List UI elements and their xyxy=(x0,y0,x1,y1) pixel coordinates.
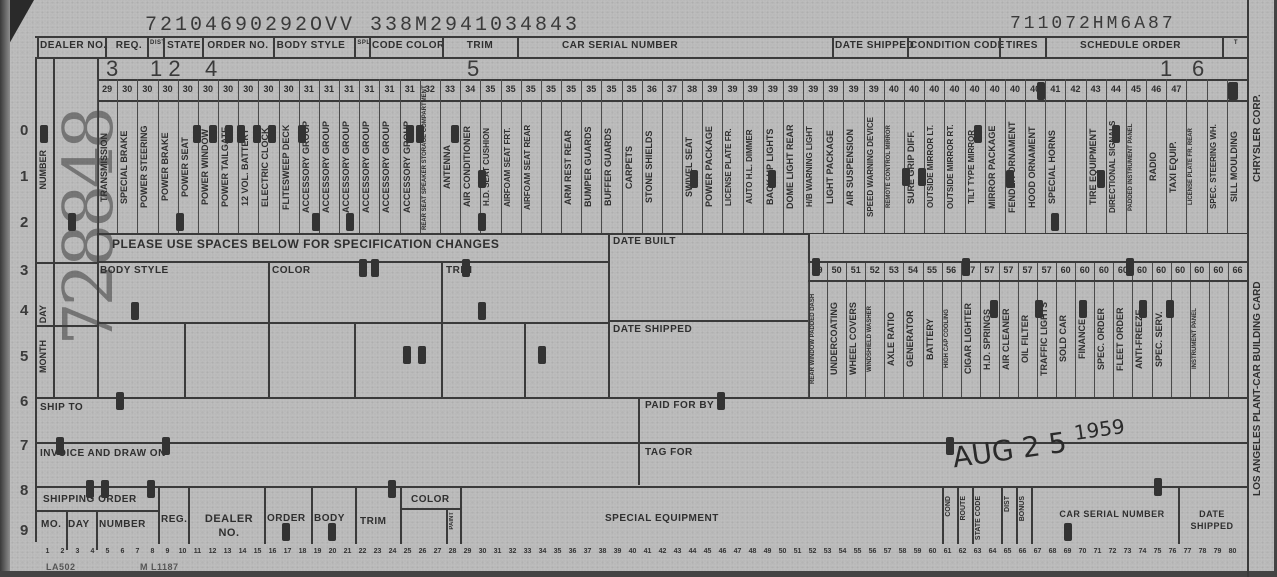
column-divider xyxy=(541,79,542,233)
column-divider xyxy=(440,79,441,233)
column-divider xyxy=(561,79,562,233)
equipment-column-label: AIR CONDITIONER xyxy=(462,104,479,230)
punch-hole xyxy=(56,437,64,455)
punch-hole xyxy=(40,125,48,143)
punch-hole xyxy=(328,523,336,541)
equipment-column-label: ACCESSORY GROUP xyxy=(321,104,338,230)
equipment-column-label: OUTSIDE MIRROR LT. xyxy=(926,104,943,230)
frame-line xyxy=(188,486,190,544)
bottom-column-number: 70 xyxy=(1075,548,1090,555)
bottom-column-number: 64 xyxy=(985,548,1000,555)
bottom-column-number: 61 xyxy=(940,548,955,555)
dealer-no-label: DEALER NO. xyxy=(198,512,260,540)
mid-equipment-label: SPEC. ORDER xyxy=(1096,284,1112,394)
column-number: 39 xyxy=(743,84,763,94)
column-number: 30 xyxy=(198,84,218,94)
frame-line xyxy=(35,57,37,542)
bottom-column-number: 7 xyxy=(130,548,145,555)
divider xyxy=(808,233,1248,234)
column-divider xyxy=(682,79,683,233)
bottom-column-number: 72 xyxy=(1105,548,1120,555)
dist-label: DIST xyxy=(1004,496,1011,512)
column-number: 43 xyxy=(1086,84,1106,94)
punch-hole xyxy=(1006,170,1014,188)
equipment-column-label: TILT TYPE MIRROR xyxy=(967,104,984,230)
column-number: 60 xyxy=(1132,265,1151,275)
frame-line xyxy=(354,36,356,57)
punch-hole xyxy=(717,392,725,410)
mid-equipment-label xyxy=(1211,284,1227,394)
equipment-column-label: OUTSIDE MIRROR RT. xyxy=(946,104,963,230)
bottom-column-number: 65 xyxy=(1000,548,1015,555)
column-number: 60 xyxy=(1209,265,1228,275)
column-number: 35 xyxy=(480,84,500,94)
equipment-column-label: REMOTE CONTROL MIRROR xyxy=(886,104,903,230)
punch-hole xyxy=(68,213,76,231)
mid-equipment-label: INSTRUMENT PANEL xyxy=(1192,284,1208,394)
header-field-label: ORDER NO. xyxy=(205,40,271,51)
card-left-edge xyxy=(0,0,10,577)
column-number: 57 xyxy=(1018,265,1037,275)
bottom-column-number: 45 xyxy=(700,548,715,555)
bottom-column-number: 69 xyxy=(1060,548,1075,555)
column-divider xyxy=(420,79,421,233)
frame-line xyxy=(96,510,98,550)
punch-hole xyxy=(162,437,170,455)
row-number: 0 xyxy=(20,122,28,139)
frame-line xyxy=(1045,36,1047,57)
column-number: 36 xyxy=(642,84,662,94)
header-field-label: SCHEDULE ORDER xyxy=(1048,40,1213,51)
divider xyxy=(400,508,460,510)
punch-hole xyxy=(1037,82,1045,100)
bonus-label: BONUS xyxy=(1019,496,1026,521)
equipment-column-label xyxy=(1067,104,1084,230)
equipment-column-label: BACK UP LIGHTS xyxy=(765,104,782,230)
equipment-column-label: ANTENNA xyxy=(442,104,459,230)
bottom-column-number: 11 xyxy=(190,548,205,555)
route-label: ROUTE xyxy=(960,496,967,521)
bottom-column-number: 63 xyxy=(970,548,985,555)
column-number: 30 xyxy=(158,84,178,94)
punch-hole xyxy=(209,125,217,143)
equipment-column-label: H.D. SEAT CUSHION xyxy=(482,104,499,230)
row-number: 5 xyxy=(20,348,28,365)
card-bottom-edge xyxy=(0,571,1277,577)
tag-for-label: TAG FOR xyxy=(645,447,693,458)
column-number: 54 xyxy=(903,265,922,275)
column-number: 47 xyxy=(1166,84,1186,94)
equipment-column-label: ACCESSORY GROUP xyxy=(341,104,358,230)
punch-hole xyxy=(418,346,426,364)
punch-hole xyxy=(902,168,910,186)
column-divider xyxy=(783,79,784,233)
column-divider xyxy=(339,79,340,233)
car-serial-bottom-label: CAR SERIAL NUMBER xyxy=(1052,508,1172,520)
equipment-column-label: SWIVEL SEAT xyxy=(684,104,701,230)
bottom-column-number: 32 xyxy=(505,548,520,555)
bottom-column-number: 33 xyxy=(520,548,535,555)
bottom-column-number: 54 xyxy=(835,548,850,555)
bottom-column-number: 77 xyxy=(1180,548,1195,555)
frame-line xyxy=(400,486,402,544)
frame-line xyxy=(355,486,357,544)
column-divider xyxy=(1227,79,1228,233)
bottom-column-number: 35 xyxy=(550,548,565,555)
punch-hole xyxy=(1079,300,1087,318)
punch-hole xyxy=(193,125,201,143)
equipment-column-label: POWER WINDOW xyxy=(200,104,217,230)
body-style-label: BODY STYLE xyxy=(100,265,169,276)
header-field-label: REQ. xyxy=(108,40,150,51)
trim-bottom-label: TRIM xyxy=(360,516,386,527)
mid-equipment-label: OIL FILTER xyxy=(1020,284,1036,394)
bottom-column-number: 22 xyxy=(355,548,370,555)
bottom-column-number: 57 xyxy=(880,548,895,555)
punch-hole xyxy=(1035,300,1043,318)
punch-hole xyxy=(268,125,276,143)
divider xyxy=(97,233,808,235)
bottom-column-number: 62 xyxy=(955,548,970,555)
equipment-column-label: ACCESSORY GROUP xyxy=(402,104,419,230)
column-divider xyxy=(884,79,885,233)
ship-to-label: SHIP TO xyxy=(40,402,83,413)
column-number: 31 xyxy=(379,84,399,94)
column-number: 60 xyxy=(1056,265,1075,275)
state-code-label: STATE CODE xyxy=(975,496,995,540)
column-number: 35 xyxy=(541,84,561,94)
equipment-column-label: ELECTRIC CLOCK xyxy=(260,104,277,230)
equipment-column-label: SPEC. STEERING WH. xyxy=(1209,104,1226,230)
column-number: 57 xyxy=(1037,265,1056,275)
frame-line xyxy=(441,261,443,398)
bottom-column-number: 53 xyxy=(820,548,835,555)
mid-equipment-label: FLEET ORDER xyxy=(1115,284,1131,394)
column-number: 42 xyxy=(1065,84,1085,94)
frame-line xyxy=(517,36,519,57)
equipment-column-label: LIGHT PACKAGE xyxy=(825,104,842,230)
equipment-column-label: BUFFER GUARDS xyxy=(603,104,620,230)
date-shipped-bottom-label: DATE SHIPPED xyxy=(1180,508,1244,532)
bottom-column-number: 60 xyxy=(925,548,940,555)
bottom-column-number: 13 xyxy=(220,548,235,555)
column-number: 39 xyxy=(843,84,863,94)
punch-hole xyxy=(451,125,459,143)
bottom-column-number: 3 xyxy=(70,548,85,555)
date-stamp: AUG 2 5 1959 xyxy=(950,414,1128,474)
bottom-column-number: 19 xyxy=(310,548,325,555)
equipment-column-label: MIRROR PACKAGE xyxy=(987,104,1004,230)
header-field-label: TRIM xyxy=(445,40,515,51)
frame-line xyxy=(1016,486,1018,544)
mid-equipment-label xyxy=(1230,284,1246,394)
bottom-column-number: 25 xyxy=(400,548,415,555)
column-number: 39 xyxy=(823,84,843,94)
frame-line xyxy=(442,36,444,57)
date-shipped-label: DATE SHIPPED xyxy=(613,324,692,335)
punch-hole xyxy=(1228,82,1238,100)
column-number: 53 xyxy=(884,265,903,275)
frame-line xyxy=(37,36,39,57)
column-number: 50 xyxy=(827,265,846,275)
column-divider xyxy=(904,79,905,233)
equipment-column-label: POWER TAILGATE xyxy=(220,104,237,230)
column-number: 57 xyxy=(999,265,1018,275)
column-number: 35 xyxy=(561,84,581,94)
column-number: 35 xyxy=(601,84,621,94)
bottom-column-number: 29 xyxy=(460,548,475,555)
column-number: 40 xyxy=(924,84,944,94)
bottom-column-number: 27 xyxy=(430,548,445,555)
column-divider xyxy=(622,79,623,233)
equipment-column-label: SURE GRIP DIFF. xyxy=(906,104,923,230)
column-number: 30 xyxy=(258,84,278,94)
column-number: 30 xyxy=(238,84,258,94)
column-divider xyxy=(985,79,986,233)
typed-top-right: 711072HM6A87 xyxy=(1010,14,1176,34)
column-number: 38 xyxy=(682,84,702,94)
punch-hole xyxy=(253,125,261,143)
equipment-column-label: ACCESSORY GROUP xyxy=(301,104,318,230)
bottom-column-number: 36 xyxy=(565,548,580,555)
header-field-label: TIRES xyxy=(1002,40,1042,51)
bottom-column-number: 47 xyxy=(730,548,745,555)
bottom-column-number: 20 xyxy=(325,548,340,555)
divider xyxy=(608,320,808,322)
paint-label: PAINT xyxy=(449,512,455,530)
side-label-corp: CHRYSLER CORP. xyxy=(1252,94,1263,182)
column-number: 60 xyxy=(1190,265,1209,275)
punch-hole xyxy=(478,213,486,231)
equipment-column-label: DOME LIGHT REAR xyxy=(785,104,802,230)
stamp-year: 1959 xyxy=(1072,414,1126,445)
column-divider xyxy=(521,79,522,233)
equipment-column-label: SPECIAL BRAKE xyxy=(119,104,136,230)
column-number: 33 xyxy=(440,84,460,94)
punch-hole xyxy=(388,480,396,498)
bottom-column-number: 71 xyxy=(1090,548,1105,555)
frame-line xyxy=(264,486,266,544)
equipment-column-label: TAXI EQUIP. xyxy=(1168,104,1185,230)
column-number: 40 xyxy=(904,84,924,94)
punch-hole xyxy=(406,125,414,143)
punch-hole xyxy=(1064,523,1072,541)
punch-hole xyxy=(1112,125,1120,143)
column-number: 39 xyxy=(763,84,783,94)
column-number: 46 xyxy=(1146,84,1166,94)
column-number: 56 xyxy=(942,265,961,275)
bottom-column-number: 40 xyxy=(625,548,640,555)
mid-equipment-label: UNDERCOATING xyxy=(829,284,845,394)
bottom-column-number: 68 xyxy=(1045,548,1060,555)
column-number: 35 xyxy=(622,84,642,94)
bottom-column-number: 28 xyxy=(445,548,460,555)
punch-hole xyxy=(1051,213,1059,231)
column-number: 60 xyxy=(1075,265,1094,275)
row-number: 2 xyxy=(20,214,28,231)
row-number: 3 xyxy=(20,262,28,279)
header-field-label: DEALER NO. xyxy=(40,40,102,51)
column-number: 55 xyxy=(923,265,942,275)
mid-equipment-label: WINDSHIELD WASHER xyxy=(867,284,883,394)
column-divider xyxy=(1005,79,1006,233)
punch-hole xyxy=(403,346,411,364)
punch-hole xyxy=(176,213,184,231)
bottom-typed-1: LA502 xyxy=(46,562,76,572)
frame-line xyxy=(942,486,944,544)
bottom-column-number: 66 xyxy=(1015,548,1030,555)
frame-line xyxy=(957,486,959,544)
punch-hole xyxy=(538,346,546,364)
punch-hole xyxy=(1139,300,1147,318)
bottom-column-number: 52 xyxy=(805,548,820,555)
bottom-column-number: 41 xyxy=(640,548,655,555)
punch-hole xyxy=(918,168,926,186)
bottom-column-number: 44 xyxy=(685,548,700,555)
bottom-column-number: 42 xyxy=(655,548,670,555)
mid-equipment-label: GENERATOR xyxy=(905,284,921,394)
punch-hole xyxy=(946,437,954,455)
stamp-date: AUG 2 5 xyxy=(950,426,1068,475)
column-number: 39 xyxy=(702,84,722,94)
frame-line xyxy=(999,36,1001,57)
header-field-label: BODY STYLE xyxy=(276,40,346,51)
divider xyxy=(35,397,1247,399)
row-number: 7 xyxy=(20,437,28,454)
equipment-column-label: POWER BRAKE xyxy=(160,104,177,230)
punch-hole xyxy=(962,258,970,276)
column-number: 34 xyxy=(460,84,480,94)
column-number: 41 xyxy=(1045,84,1065,94)
frame-line xyxy=(907,36,909,57)
mid-equipment-label xyxy=(1173,284,1189,394)
column-divider xyxy=(1126,79,1127,233)
bottom-column-number: 58 xyxy=(895,548,910,555)
column-number: 60 xyxy=(1171,265,1190,275)
bottom-column-number: 2 xyxy=(55,548,70,555)
punch-hole xyxy=(237,125,245,143)
column-number: 31 xyxy=(339,84,359,94)
day-label: DAY xyxy=(38,305,48,323)
frame-line xyxy=(1031,486,1033,544)
frame-line xyxy=(524,322,526,398)
column-divider xyxy=(158,79,159,233)
frame-line xyxy=(158,486,160,544)
equipment-column-label: BUMPER GUARDS xyxy=(583,104,600,230)
frame-line xyxy=(147,36,149,57)
column-number: 40 xyxy=(944,84,964,94)
punch-hole xyxy=(1154,478,1162,496)
equipment-column-label: HOOD ORNAMENT xyxy=(1027,104,1044,230)
bottom-column-number: 9 xyxy=(160,548,175,555)
punch-hole xyxy=(131,302,139,320)
bottom-column-number: 46 xyxy=(715,548,730,555)
column-number: 60 xyxy=(1094,265,1113,275)
punch-hole xyxy=(312,213,320,231)
mid-equipment-label: REAR WINDOW PADDED DASH xyxy=(810,284,826,394)
punch-hole xyxy=(282,523,290,541)
equipment-column-label: POWER STEERING xyxy=(139,104,156,230)
equipment-column-label: STONE SHIELDS xyxy=(644,104,661,230)
column-number: 30 xyxy=(218,84,238,94)
column-divider xyxy=(1146,79,1147,233)
equipment-column-label: PADDED INSTRUMENT PANEL xyxy=(1128,104,1145,230)
divider xyxy=(808,261,1248,263)
bottom-column-number: 80 xyxy=(1225,548,1240,555)
column-divider xyxy=(460,79,461,233)
bottom-column-number: 51 xyxy=(790,548,805,555)
mid-equipment-label: BATTERY xyxy=(925,284,941,394)
column-number: 44 xyxy=(1106,84,1126,94)
frame-line xyxy=(354,322,356,398)
column-divider xyxy=(299,79,300,233)
punch-hole xyxy=(416,125,424,143)
column-number: 29 xyxy=(97,84,117,94)
side-label-plant: LOS ANGELES PLANT-CAR BUILDING CARD xyxy=(1252,281,1263,496)
column-divider xyxy=(743,79,744,233)
bottom-column-number: 26 xyxy=(415,548,430,555)
bottom-column-number: 67 xyxy=(1030,548,1045,555)
frame-line xyxy=(184,322,186,398)
punch-hole xyxy=(478,302,486,320)
column-divider xyxy=(178,79,179,233)
header-field-label: DIST xyxy=(150,40,164,46)
column-divider xyxy=(1086,79,1087,233)
row-number: 6 xyxy=(20,393,28,410)
bottom-column-number: 16 xyxy=(265,548,280,555)
number-bottom-label: NUMBER xyxy=(99,519,146,530)
header-field-label: STATE xyxy=(166,40,202,51)
column-number: 39 xyxy=(722,84,742,94)
hand-mark: 4 xyxy=(205,56,217,82)
equipment-column-label: LICENSE PLATE FR. xyxy=(724,104,741,230)
column-divider xyxy=(803,79,804,233)
punch-hole xyxy=(86,480,94,498)
bottom-column-number: 8 xyxy=(145,548,160,555)
reg-label: REG. xyxy=(161,514,187,525)
punch-hole xyxy=(346,213,354,231)
color-label: COLOR xyxy=(272,265,311,276)
typed-top-left: 72104690292OVV 338M2941034843 xyxy=(145,14,580,37)
header-field-label: CONDITION CODE xyxy=(910,40,1002,51)
bottom-column-number: 34 xyxy=(535,548,550,555)
column-number: 31 xyxy=(299,84,319,94)
frame-line xyxy=(460,486,462,544)
column-divider xyxy=(97,79,98,233)
column-divider xyxy=(501,79,502,233)
color-bottom-label: COLOR xyxy=(411,494,450,505)
equipment-column-label: POWER PACKAGE xyxy=(704,104,721,230)
bottom-column-number: 38 xyxy=(595,548,610,555)
column-number: 30 xyxy=(178,84,198,94)
frame-line xyxy=(638,397,640,485)
column-number: 30 xyxy=(117,84,137,94)
row-number: 4 xyxy=(20,302,28,319)
day-bottom-label: DAY xyxy=(68,519,90,530)
equipment-column-label: FENDER ORNAMENT xyxy=(1007,104,1024,230)
column-divider xyxy=(218,79,219,233)
column-number: 39 xyxy=(783,84,803,94)
column-number: 51 xyxy=(846,265,865,275)
date-built-label: DATE BUILT xyxy=(613,236,676,247)
bottom-column-number: 18 xyxy=(295,548,310,555)
month-label: MONTH xyxy=(38,340,48,373)
frame-line xyxy=(1222,36,1224,57)
frame-line xyxy=(268,261,270,398)
equipment-column-label: AIR SUSPENSION xyxy=(845,104,862,230)
column-number: 31 xyxy=(359,84,379,94)
bottom-column-number: 39 xyxy=(610,548,625,555)
